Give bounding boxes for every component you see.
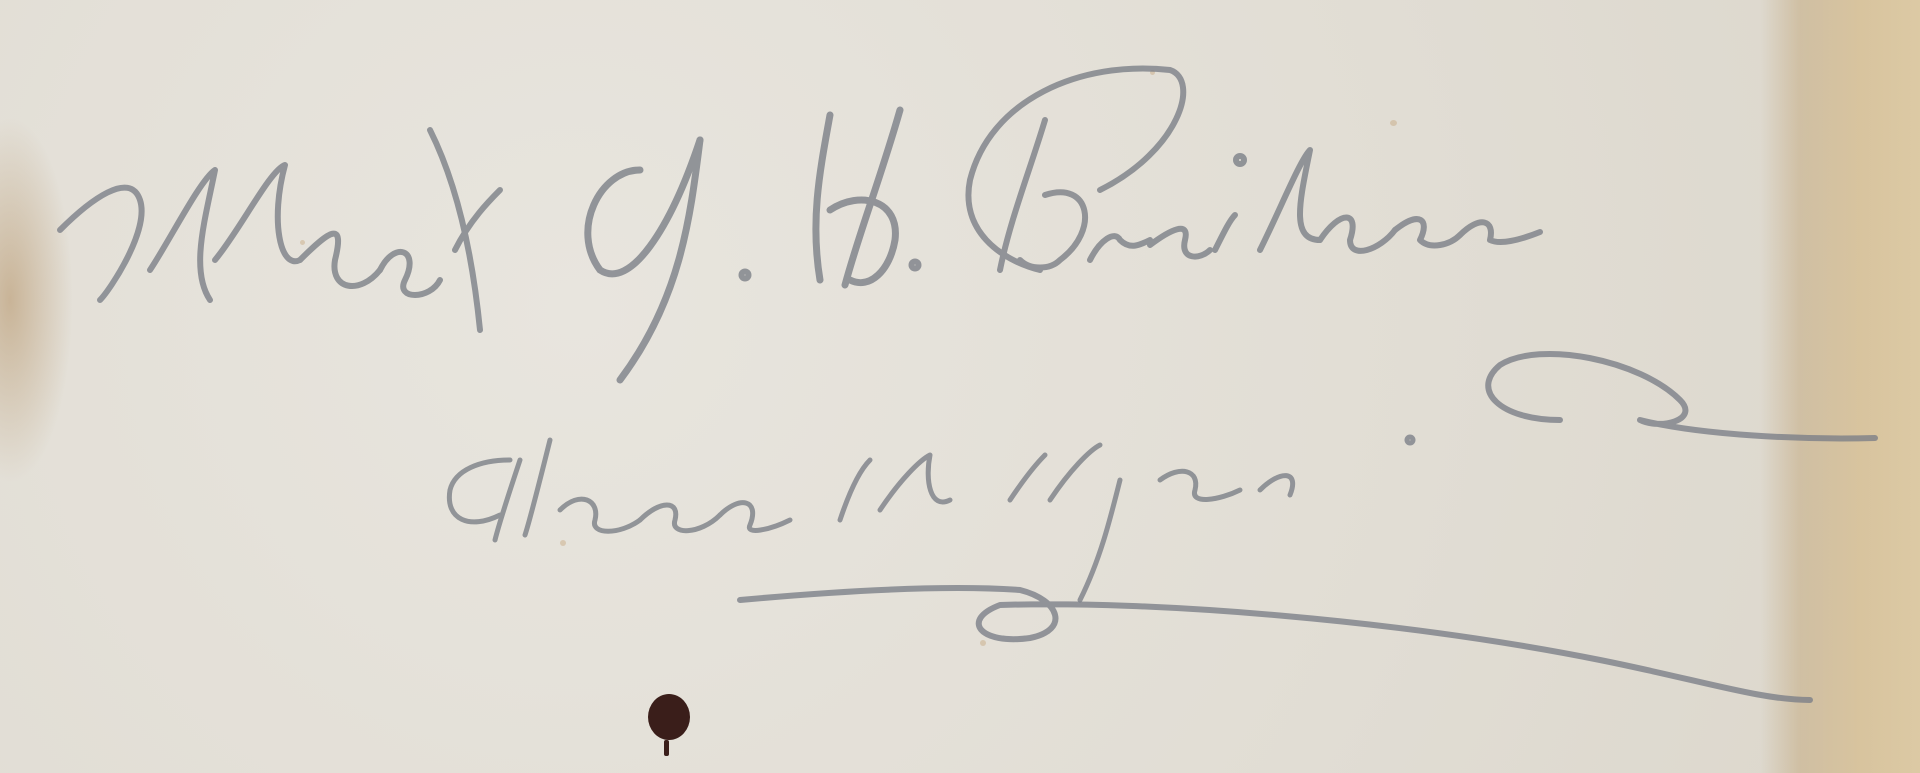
initial-h	[816, 110, 918, 285]
pencil-handwriting	[0, 0, 1920, 773]
word-schetsje	[60, 130, 500, 330]
word-breitner	[968, 68, 1540, 270]
aged-paper: Schetsje G. H. Breitner Atelier mijnheer	[0, 0, 1920, 773]
initial-g	[588, 140, 748, 380]
ink-spot	[648, 694, 690, 740]
underline-flourish	[740, 588, 1810, 700]
line-two-text	[449, 437, 1413, 600]
flourish-loop	[1488, 354, 1875, 438]
